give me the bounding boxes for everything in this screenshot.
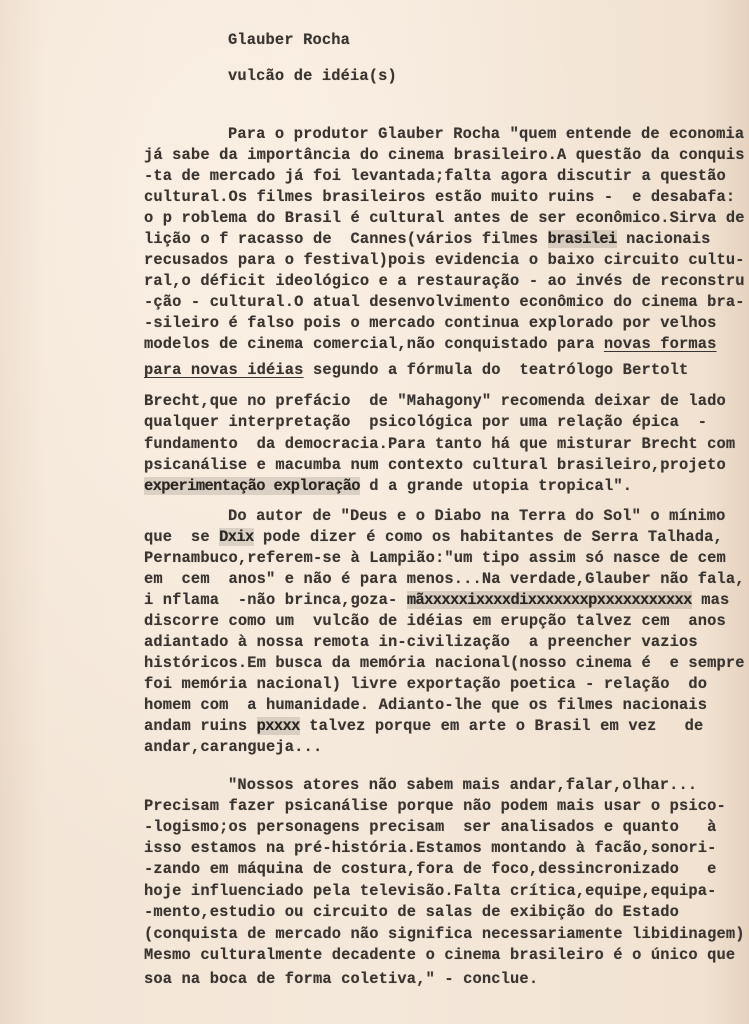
text-line: -mento,estudio ou circuito de salas de e…: [144, 902, 679, 922]
text-line: -ta de mercado já foi levantada;falta ag…: [144, 166, 726, 186]
text-line: foi memória nacional) livre exportação p…: [144, 674, 707, 694]
text-line: o p roblema do Brasil é cultural antes d…: [144, 208, 745, 228]
text-line: "Nossos atores não sabem mais andar,fala…: [228, 775, 697, 795]
text-line: Do autor de "Deus e o Diabo na Terra do …: [228, 506, 725, 526]
text-line: andam ruins pxxxx talvez porque em arte …: [144, 716, 703, 736]
text-line: i nflama -não brinca,goza- mãxxxxxixxxxd…: [144, 590, 729, 610]
text-line: soa na boca de forma coletiva," - conclu…: [144, 969, 538, 989]
text-segment: pode dizer é como os habitantes de Serra…: [254, 528, 723, 546]
text-line: recusados para o festival)pois evidencia…: [144, 250, 745, 270]
text-segment: i nflama -não brinca,goza-: [144, 591, 407, 609]
struck-out-word: Dxix: [219, 528, 254, 546]
text-segment: lição o f racasso de Cannes(vários filme…: [144, 230, 548, 248]
text-line: lição o f racasso de Cannes(vários filme…: [144, 229, 711, 249]
text-line: Brecht,que no prefácio de "Mahagony" rec…: [144, 391, 726, 411]
text-line: discorre como um vulcão de idéias em eru…: [144, 611, 726, 631]
text-line: isso estamos na pré-história.Estamos mon…: [144, 838, 717, 858]
text-line: -sileiro é falso pois o mercado continua…: [144, 313, 717, 333]
text-line: Mesmo culturalmente decadente o cinema b…: [144, 945, 735, 965]
author-heading: Glauber Rocha: [228, 30, 350, 50]
text-segment: talvez porque em arte o Brasil em vez de: [300, 717, 704, 735]
underlined-phrase: para novas idéias: [144, 361, 304, 379]
text-line: cultural.Os filmes brasileiros estão mui…: [144, 187, 735, 207]
text-line: (conquista de mercado não significa nece…: [144, 924, 745, 944]
struck-out-word: mãxxxxxixxxxdixxxxxxxpxxxxxxxxxxx: [407, 591, 692, 609]
text-line: Pernambuco,referem-se à Lampião:"um tipo…: [144, 548, 726, 568]
text-line: ral,o déficit ideológico e a restauração…: [144, 271, 745, 291]
text-line: que se Dxix pode dizer é como os habitan…: [144, 527, 723, 547]
struck-out-word: brasilei: [548, 230, 617, 248]
text-segment: modelos de cinema comercial,não conquist…: [144, 335, 604, 353]
text-line: experimentação exploração d a grande uto…: [144, 476, 632, 496]
text-line: modelos de cinema comercial,não conquist…: [144, 334, 717, 354]
text-line: -logismo;os personagens precisam ser ana…: [144, 817, 717, 837]
text-segment: segundo a fórmula do teatrólogo Bertolt: [304, 361, 689, 379]
text-line: em cem anos" e não é para menos...Na ver…: [144, 569, 745, 589]
text-line: adiantado à nossa remota in-civilização …: [144, 632, 698, 652]
text-line: andar,carangueja...: [144, 737, 322, 757]
text-line: Para o produtor Glauber Rocha "quem ente…: [228, 124, 744, 144]
struck-out-word: pxxxx: [257, 717, 300, 735]
text-line: -ção - cultural.O atual desenvolvimento …: [144, 292, 745, 312]
text-line: qualquer interpretação psicológica por u…: [144, 412, 707, 432]
text-line: homem com a humanidade. Adianto-lhe que …: [144, 695, 707, 715]
text-line: já sabe da importância do cinema brasile…: [144, 145, 745, 165]
text-segment: d a grande utopia tropical".: [360, 477, 632, 495]
text-line: hoje influenciado pela televisão.Falta c…: [144, 881, 717, 901]
document-title: vulcão de idéia(s): [228, 66, 397, 86]
text-line: psicanálise e macumba num contexto cultu…: [144, 455, 726, 475]
text-line: Precisam fazer psicanálise porque não po…: [144, 796, 726, 816]
text-line: fundamento da democracia.Para tanto há q…: [144, 434, 735, 454]
text-segment: nacionais: [617, 230, 711, 248]
text-line: históricos.Em busca da memória nacional(…: [144, 653, 745, 673]
text-segment: mas: [692, 591, 730, 609]
text-segment: andam ruins: [144, 717, 257, 735]
typewritten-page: Glauber Rocha vulcão de idéia(s) Para o …: [0, 0, 749, 1024]
text-segment: que se: [144, 528, 219, 546]
text-line: -zando em máquina de costura,fora de foc…: [144, 859, 717, 879]
struck-out-word: experimentação exploração: [144, 477, 360, 495]
text-line: para novas idéias segundo a fórmula do t…: [144, 360, 688, 380]
underlined-phrase: novas formas: [604, 335, 717, 353]
